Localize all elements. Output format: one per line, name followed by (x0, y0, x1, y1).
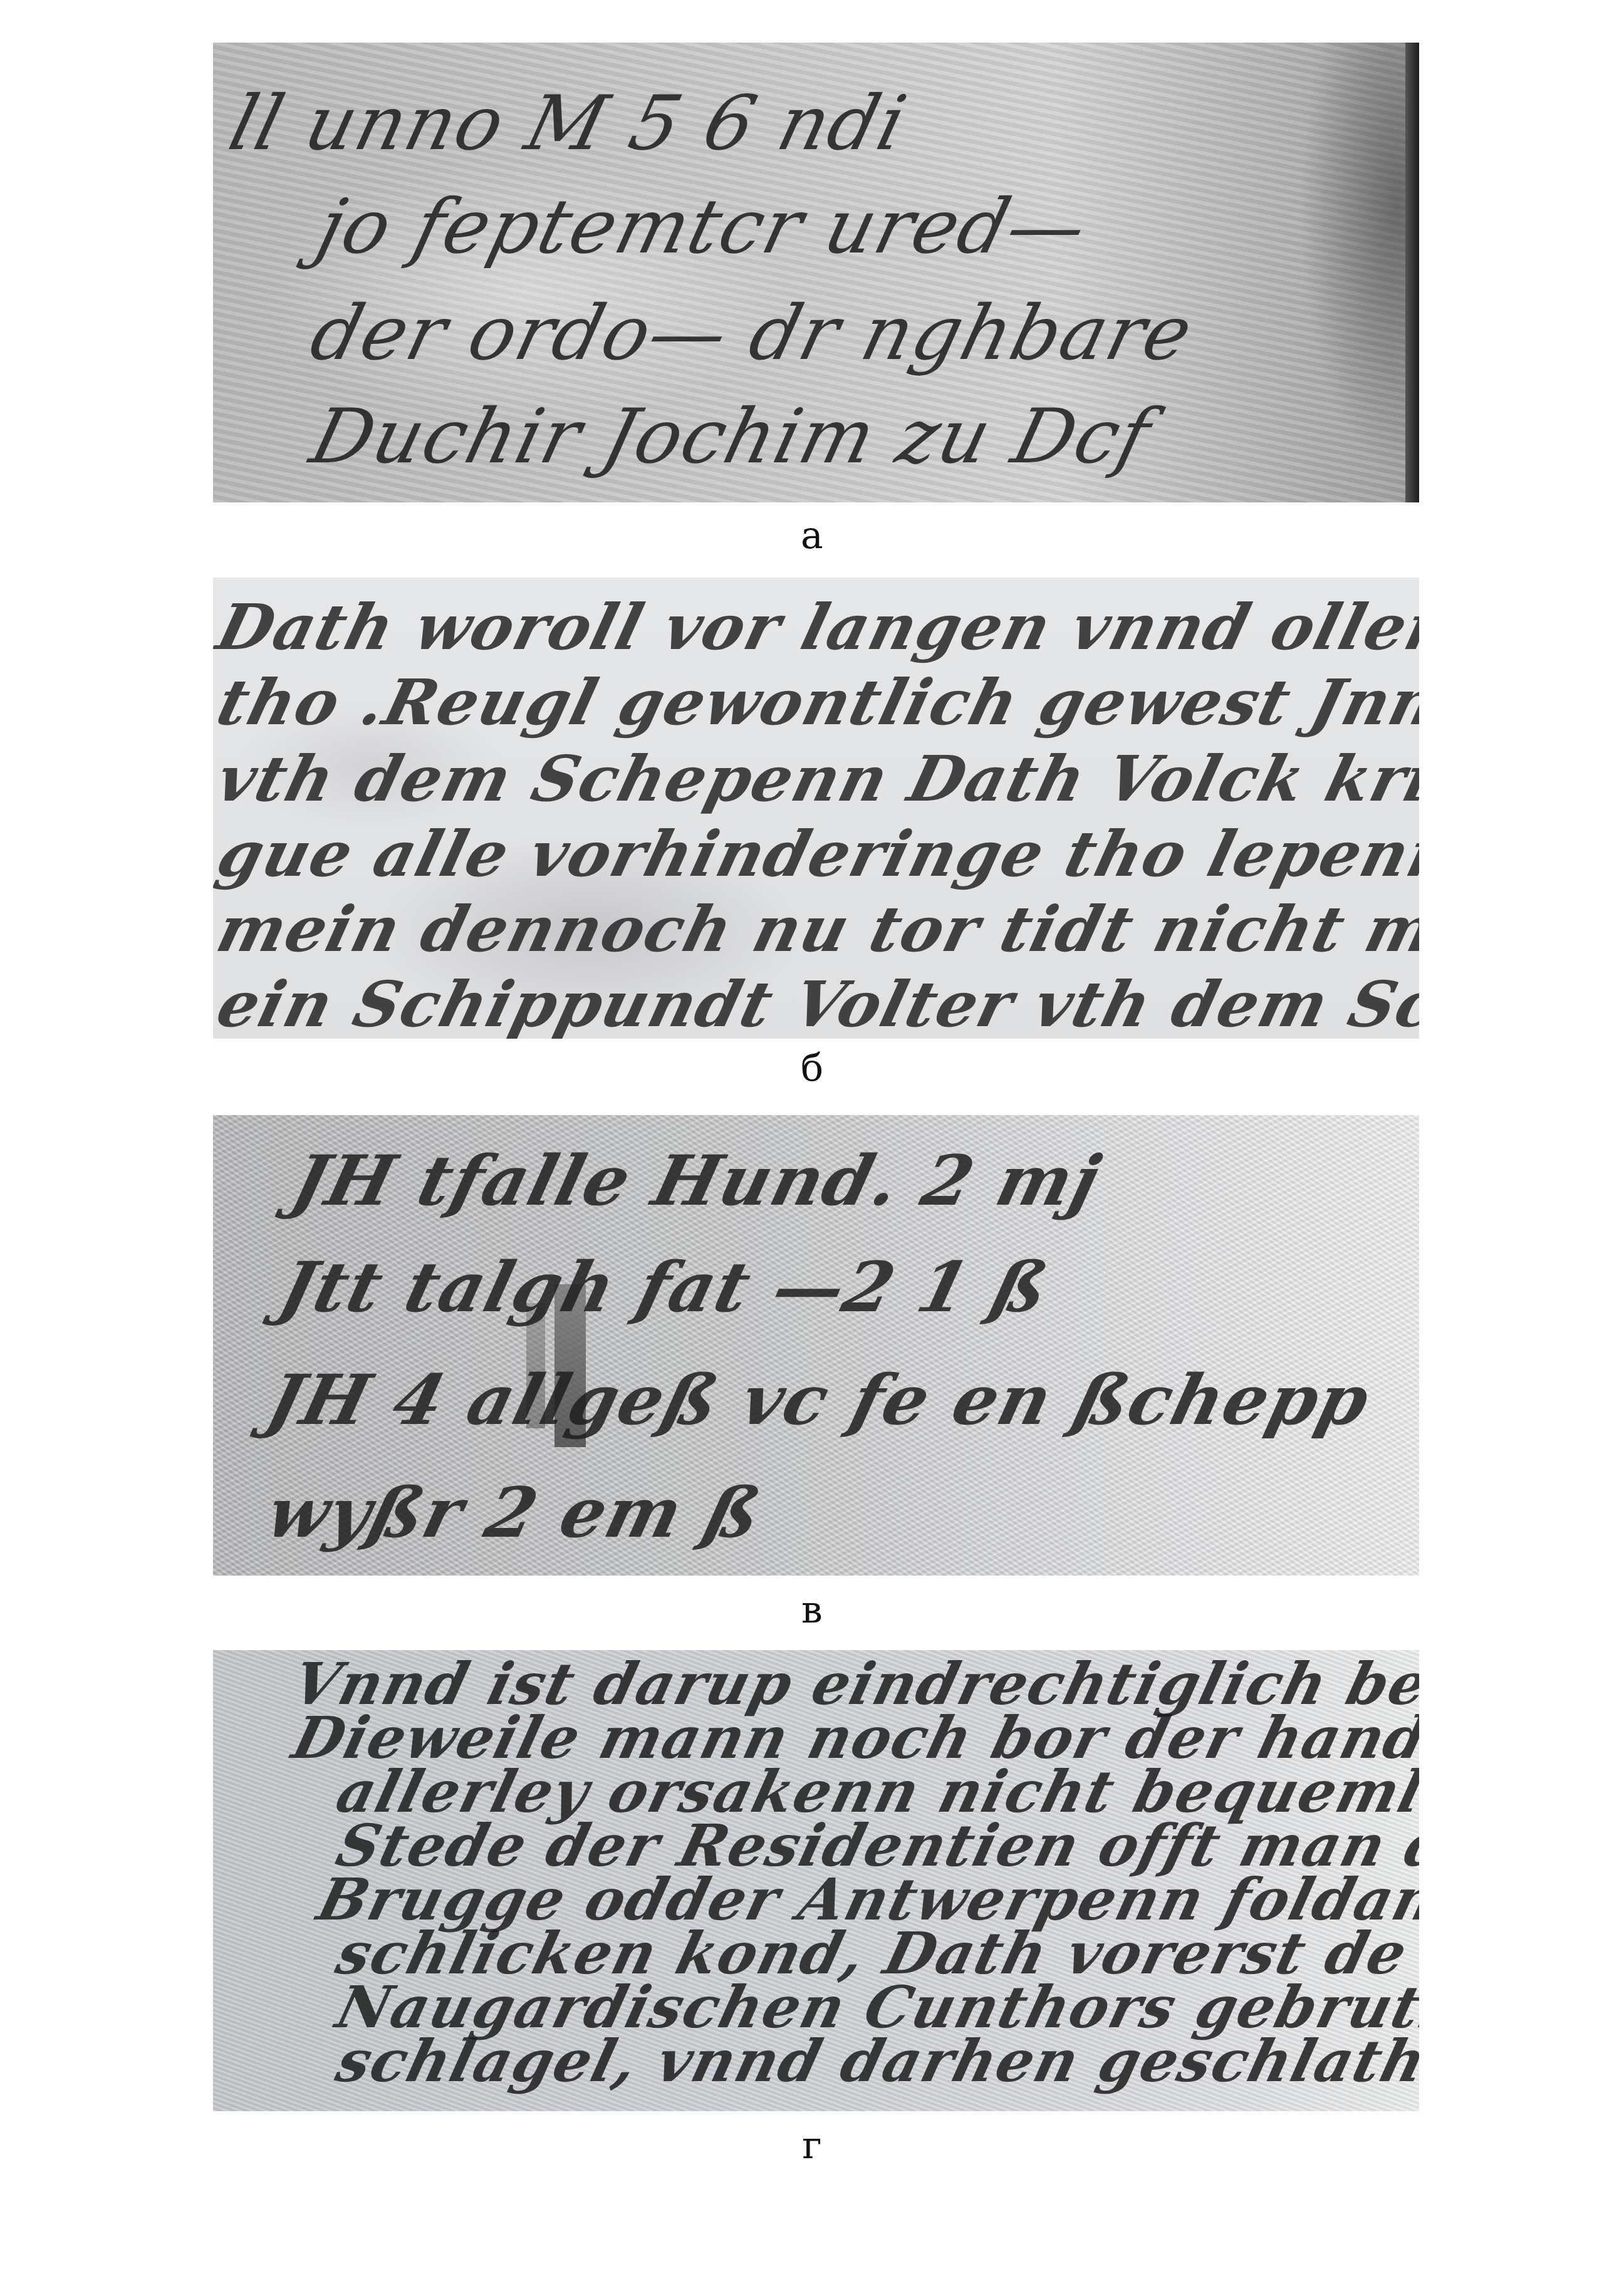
manuscript-photo-c: JH tfalle Hund. 2 mj Jtt talgh fat —2 1 … (213, 1115, 1419, 1576)
panel-caption-b: б (0, 1049, 1624, 1087)
handwriting-line: tho .Reugl gewontlich gewest Jnn der Hau… (213, 665, 1419, 739)
handwriting-line: Jtt talgh fat —2 1 ß (272, 1247, 1058, 1327)
handwriting-line: JH tfalle Hund. 2 mj (284, 1140, 1109, 1221)
panel-caption-c: в (0, 1591, 1624, 1629)
manuscript-photo-b: Dath woroll vor langen vnnd ollenn Jaren… (213, 578, 1419, 1039)
panel-caption-d: г (0, 2127, 1624, 2164)
handwritten-text-c: JH tfalle Hund. 2 mj Jtt talgh fat —2 1 … (213, 1115, 1419, 1576)
handwriting-line: ein Schippundt Volter vth dem Schepenn (213, 967, 1419, 1039)
handwritten-text-b: Dath woroll vor langen vnnd ollenn Jaren… (213, 578, 1419, 1039)
manuscript-photo-d: Vnnd ist darup eindrechtiglich bewillige… (213, 1650, 1419, 2111)
handwriting-line: schlagel, vnnd darhen geschlathen, vnnd … (330, 2027, 1419, 2095)
handwriting-line: gue alle vorhinderinge tho lepenn, So is… (213, 817, 1419, 891)
handwriting-line: mein dennoch nu tor tidt nicht moglich (213, 892, 1419, 966)
handwriting-line: jo feptemtcr ured— (309, 184, 1096, 271)
handwriting-line: vth dem Schepenn Dath Volck krig vnnd (213, 742, 1419, 816)
handwritten-text-a: ll unno M 5 6 ndi jo feptemtcr ured— der… (213, 43, 1419, 502)
handwritten-text-d: Vnnd ist darup eindrechtiglich bewillige… (213, 1650, 1419, 2111)
handwriting-line: Dath woroll vor langen vnnd ollenn Jaren (213, 590, 1419, 664)
panel-caption-a: а (0, 517, 1624, 554)
handwriting-line: Duchir Jochim zu Dcf (303, 393, 1160, 480)
handwriting-line: JH 4 allgeß vc fe en ßchepp (259, 1359, 1378, 1440)
handwriting-line: der ordo— dr nghbare (303, 290, 1202, 377)
manuscript-photo-a: ll unno M 5 6 ndi jo feptemtcr ured— der… (213, 43, 1419, 502)
handwriting-line: ll unno M 5 6 ndi (221, 80, 915, 167)
handwriting-line: wyßr 2 em ß (259, 1472, 771, 1553)
